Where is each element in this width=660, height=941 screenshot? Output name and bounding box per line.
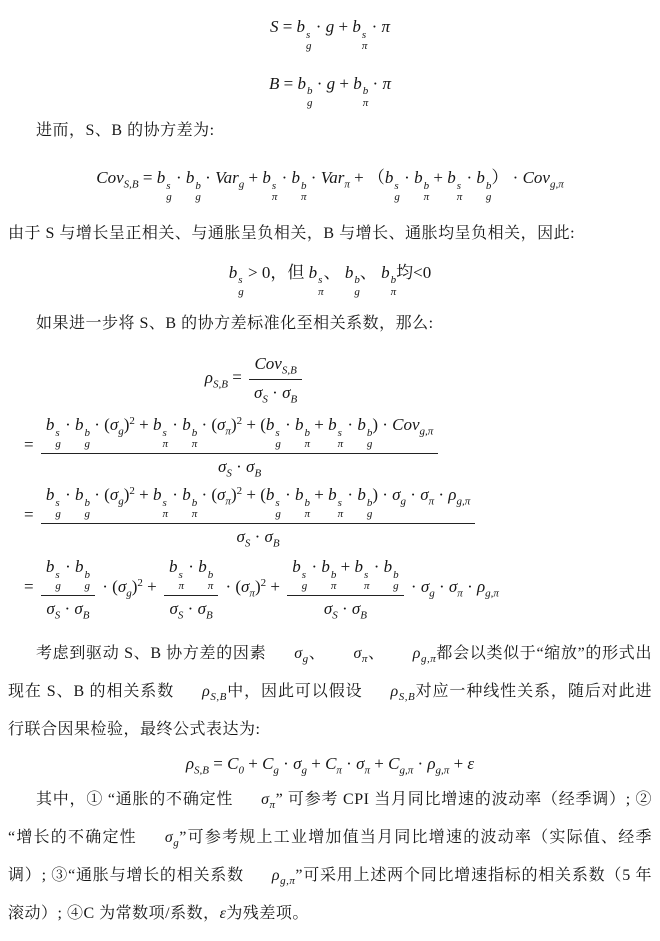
formula-rho-expansion-3: = bsg · bbgσS · σB · (σg)2 + bsπ · bbπσS… [8,555,652,621]
para-variable-notes: 其中，① “通胀的不确定性σπ” 可参考 CPI 当月同比增速的波动率（经季调）… [8,781,652,933]
formula-rho-definition: ρS,B = CovS,BσS · σB [8,352,652,405]
document-page: S = bsg · g + bsπ · π B = bbg · g + bbπ … [0,0,660,941]
formula-b-equation: B = bbg · g + bbπ · π [8,71,652,110]
formula-s-equation: S = bsg · g + bsπ · π [8,6,652,53]
formula-covariance: CovS,B = bsg · bbg · Varg + bsπ · bbπ · … [8,165,652,204]
formula-b-signs: bsg > 0，但 bsπ、 bbg、 bbπ均<0 [8,260,652,299]
formula-regression: ρS,B = C0 + Cg · σg + Cπ · σπ + Cg,π · ρ… [8,751,652,777]
para-standardize-intro: 如果进一步将 S、B 的协方差标准化至相关系数，那么: [8,304,652,344]
para-sign-relation: 由于 S 与增长呈正相关、与通胀呈负相关，B 与增长、通胀均呈负相关，因此: [8,214,652,254]
para-linear-assumption: 考虑到驱动 S、B 协方差的因素σg、σπ、ρg,π都会以类似于“缩放”的形式出… [8,635,652,749]
para-covariance-intro: 进而，S、B 的协方差为: [8,111,652,151]
formula-rho-expansion-1: = bsg · bbg · (σg)2 + bsπ · bbπ · (σπ)2 … [8,413,652,479]
formula-rho-expansion-2: = bsg · bbg · (σg)2 + bsπ · bbπ · (σπ)2 … [8,483,652,549]
